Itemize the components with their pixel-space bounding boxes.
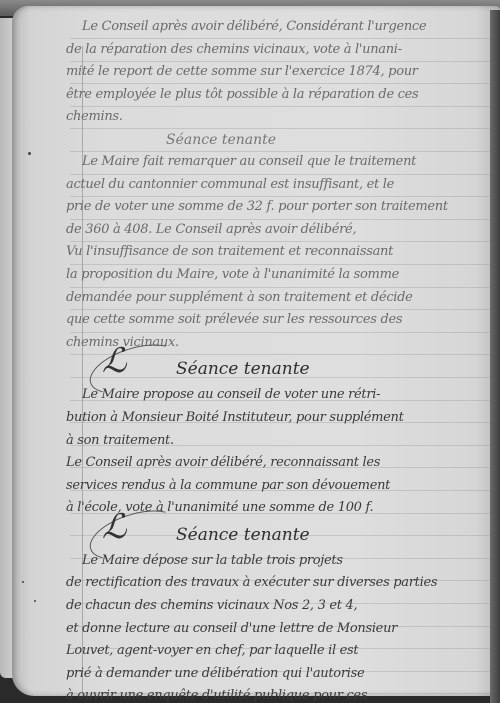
ink-spot [34, 600, 36, 602]
handwritten-line: à son traitement. [66, 430, 494, 453]
session-heading: ℒSéance tenante [66, 354, 494, 384]
handwritten-line: à ouvrir une enquête d'utilité publique … [66, 685, 494, 703]
handwritten-line: Louvet, agent-voyer en chef, par laquell… [66, 640, 494, 663]
handwritten-line: demandée pour supplément à son traitemen… [66, 287, 494, 310]
handwritten-line: la proposition du Maire, vote à l'unanim… [66, 264, 494, 287]
ink-spot [22, 581, 24, 583]
session-heading-text: Séance tenante [176, 525, 310, 545]
handwritten-line: prié à demander une délibération qui l'a… [66, 663, 494, 686]
handwritten-line: de rectification des travaux à exécuter … [66, 572, 494, 595]
ink-spot [28, 152, 31, 155]
session-heading-text: Séance tenante [176, 359, 310, 379]
handwritten-line: Le Conseil après avoir délibéré, reconna… [66, 452, 494, 475]
decorative-initial-icon: ℒ [102, 346, 127, 376]
handwritten-line: actuel du cantonnier communal est insuff… [66, 174, 494, 197]
handwritten-line: de 360 à 408. Le Conseil après avoir dél… [66, 219, 494, 242]
handwritten-line: Vu l'insuffisance de son traitement et r… [66, 241, 494, 264]
handwritten-line: être employée le plus tôt possible à la … [66, 84, 494, 107]
handwritten-line: mité le report de cette somme sur l'exer… [66, 61, 494, 84]
handwritten-line: services rendus à la commune par son dév… [66, 475, 494, 498]
session-heading-text: Séance tenante [166, 132, 276, 148]
session-heading: Séance tenante [66, 129, 494, 151]
handwritten-line: chemins. [66, 106, 494, 129]
handwritten-line: Le Maire fait remarquer au conseil que l… [66, 151, 494, 174]
handwritten-text-block: Le Conseil après avoir délibéré, Considé… [66, 16, 494, 703]
decorative-initial-icon: ℒ [102, 512, 127, 542]
handwritten-line: prie de voter une somme de 32 f. pour po… [66, 196, 494, 219]
handwritten-line: bution à Monsieur Boité Instituteur, pou… [66, 407, 494, 430]
handwritten-line: que cette somme soit prélevée sur les re… [66, 309, 494, 332]
session-heading: ℒSéance tenante [66, 520, 494, 550]
handwritten-line: Le Conseil après avoir délibéré, Considé… [66, 16, 494, 39]
handwritten-line: et donne lecture au conseil d'une lettre… [66, 618, 494, 641]
handwritten-line: de la réparation des chemins vicinaux, v… [66, 39, 494, 62]
handwritten-line: de chacun des chemins vicinaux Nos 2, 3 … [66, 595, 494, 618]
